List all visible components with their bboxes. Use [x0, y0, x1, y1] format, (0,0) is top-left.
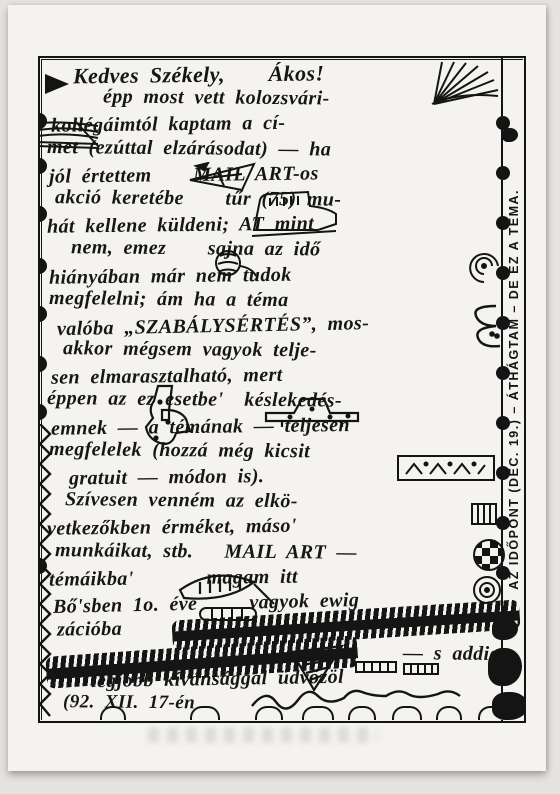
half-dot-border	[38, 306, 47, 322]
half-dot-border	[496, 416, 510, 430]
small-ladder-icon	[402, 662, 440, 676]
half-dot-border	[496, 116, 510, 130]
scanned-letter-page: Kedves Székely, Ákos!épp most vett koloz…	[0, 0, 560, 794]
half-dot-border	[38, 158, 47, 174]
boot-icon	[248, 190, 340, 240]
corner-triangle-icon	[43, 72, 71, 96]
striped-flag-icon	[38, 118, 100, 150]
bottom-arc-border	[348, 706, 376, 720]
half-dot-border	[38, 404, 47, 420]
half-dot-border	[496, 366, 510, 380]
eye-band-icon	[396, 452, 496, 484]
half-dot-border	[496, 516, 510, 530]
anvil-icon	[264, 385, 362, 431]
half-dot-border	[496, 316, 510, 330]
half-dot-border	[496, 166, 510, 180]
half-dot-border	[496, 216, 510, 230]
spiral-icon	[464, 246, 502, 288]
bone-icon	[134, 382, 194, 462]
half-dot-border	[38, 206, 47, 222]
fan-rays-icon	[428, 60, 500, 106]
bottom-arc-border	[255, 706, 283, 720]
half-dot-border	[38, 258, 47, 274]
hand-drawn-frame: Kedves Székely, Ákos!épp most vett koloz…	[38, 56, 526, 723]
small-ladder-icon	[354, 660, 398, 674]
bottom-arc-border	[392, 706, 422, 720]
half-dot-border	[496, 266, 510, 280]
hatch-rect-icon	[470, 502, 498, 526]
ink-blobs	[492, 692, 526, 720]
vertical-margin-note: AZ IDŐPONT (DEC. 19.) – ÁTHÁGTAM – DE EZ…	[507, 189, 521, 590]
show-through-marks	[148, 727, 378, 743]
half-dot-border	[496, 466, 510, 480]
bottom-arc-border	[190, 706, 220, 720]
snail-icon	[212, 246, 258, 280]
bottom-arc-border	[302, 706, 334, 720]
half-dot-border	[496, 566, 510, 580]
paper-sheet: Kedves Székely, Ákos!épp most vett koloz…	[8, 5, 546, 771]
half-dot-border	[38, 356, 47, 372]
